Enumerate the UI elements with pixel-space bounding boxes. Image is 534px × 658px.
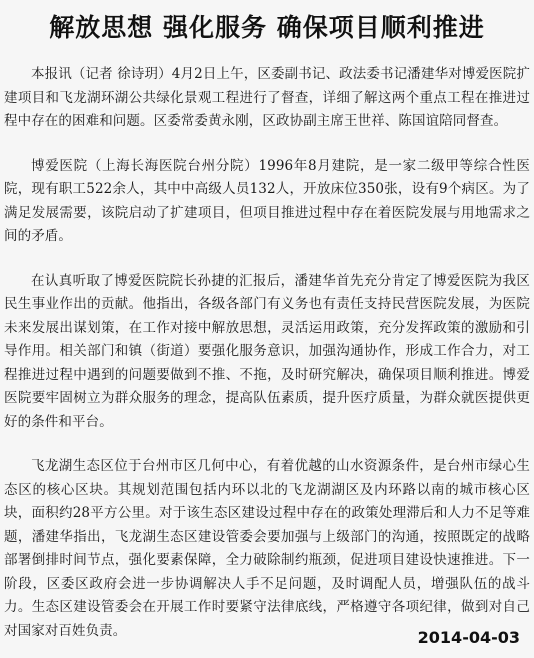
article-paragraph-1: 本报讯（记者 徐诗玥）4月2日上午，区委副书记、政法委书记潘建华对博爱医院扩建项… — [4, 63, 530, 134]
article-body: 本报讯（记者 徐诗玥）4月2日上午，区委副书记、政法委书记潘建华对博爱医院扩建项… — [4, 63, 530, 658]
publication-date: 2014-04-03 — [418, 628, 520, 647]
article-paragraph-3: 在认真听取了博爱医院院长孙捷的汇报后，潘建华首先充分肯定了博爱医院为我区民生事业… — [4, 270, 530, 435]
article-paragraph-4: 飞龙湖生态区位于台州市区几何中心，有着优越的山水资源条件，是台州市绿心生态区的核… — [4, 455, 530, 643]
article-paragraph-2: 博爱医院（上海长海医院台州分院）1996年8月建院，是一家二级甲等综合性医院，现… — [4, 155, 530, 249]
article-headline: 解放思想 强化服务 确保项目顺利推进 — [0, 8, 534, 44]
